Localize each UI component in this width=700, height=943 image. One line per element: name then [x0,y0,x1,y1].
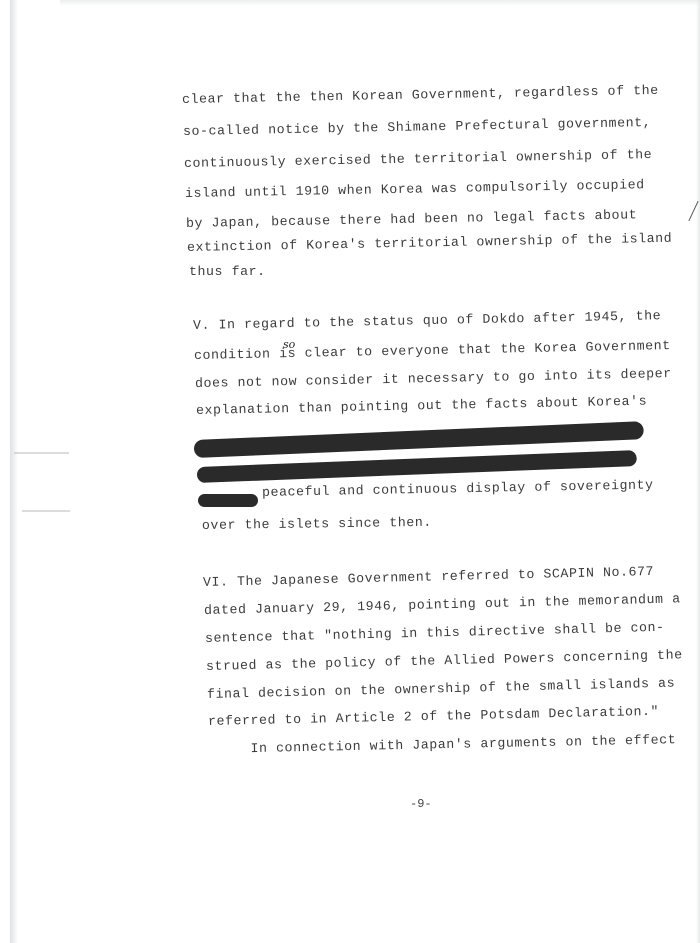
text-line: continuously exercised the territorial o… [184,147,652,171]
section-v-line: condition is clear to everyone that the … [194,338,671,363]
scanned-page: clear that the then Korean Government, r… [0,0,700,943]
text-line: island until 1910 when Korea was compuls… [185,177,645,201]
section-vi-line: final decision on the ownership of the s… [207,676,675,702]
section-v-line: explanation than pointing out the facts … [196,394,647,418]
section-vi-line: In connection with Japan's arguments on … [208,732,676,757]
scan-edge-top [60,0,700,6]
section-v-line: peaceful and continuous display of sover… [262,477,654,500]
section-vi-line: VI. The Japanese Government referred to … [203,564,654,590]
text-line: thus far. [189,264,266,279]
scan-smudge [14,452,69,454]
scan-edge-right [696,0,700,943]
section-v-line: V. In regard to the status quo of Dokdo … [193,308,661,333]
text-line: extinction of Korea's territorial owners… [187,231,672,255]
redaction-bar [198,494,258,507]
scan-edge-left [10,0,18,943]
section-vi-line: sentence that "nothing in this directive… [205,620,665,646]
text-line: by Japan, because there had been no lega… [186,207,637,231]
section-vi-line: referred to in Article 2 of the Potsdam … [208,704,659,729]
section-vi-line: dated January 29, 1946, pointing out in … [204,591,681,618]
scan-smudge [22,510,70,512]
page-number: -9- [410,797,432,811]
text-line: clear that the then Korean Government, r… [182,83,659,107]
section-v-line: does not now consider it necessary to go… [195,366,672,391]
section-v-line: over the islets since then. [202,515,432,533]
text-line: so-called notice by the Shimane Prefectu… [183,115,651,139]
section-vi-line: strued as the policy of the Allied Power… [206,647,683,674]
